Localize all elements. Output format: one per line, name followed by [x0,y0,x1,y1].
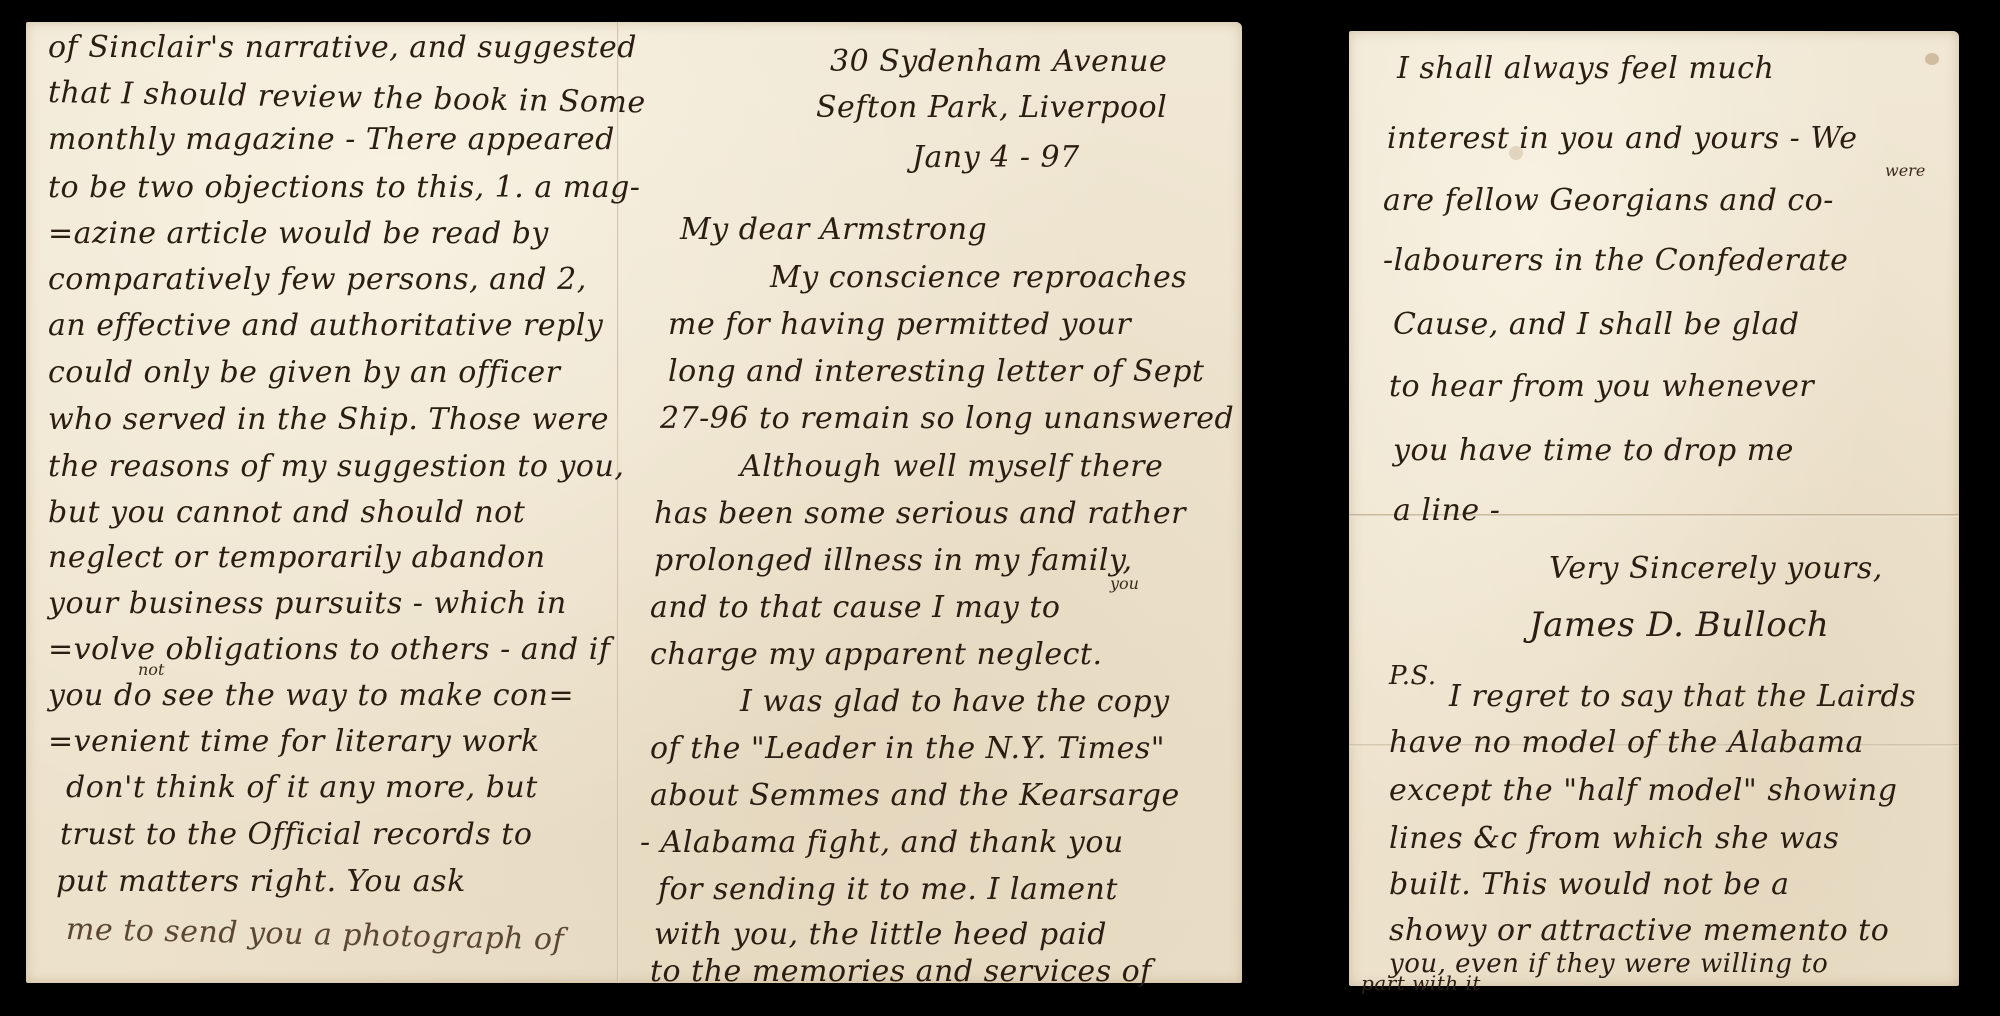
text-line: monthly magazine - There appeared [48,122,615,157]
text-line: My conscience reproaches [770,260,1187,295]
text-line: could only be given by an officer [48,355,561,390]
address-line-1: 30 Sydenham Avenue [830,44,1167,79]
letter-date: Jany 4 - 97 [912,140,1080,175]
text-line: - Alabama fight, and thank you [640,825,1124,860]
text-line: your business pursuits - which in [48,586,567,621]
text-line: has been some serious and rather [654,496,1186,531]
text-line: about Semmes and the Kearsarge [650,778,1180,813]
text-line: a line - [1393,493,1500,528]
text-line: for sending it to me. I lament [658,872,1118,907]
text-line: trust to the Official records to [60,817,532,852]
text-line: but you cannot and should not [48,495,525,530]
text-line: I was glad to have the copy [740,684,1170,719]
text-line: interest in you and yours - We [1387,121,1858,156]
text-line: me for having permitted your [668,307,1131,342]
text-line: me to send you a photograph of [66,912,565,957]
address-line-2: Sefton Park, Liverpool [816,90,1167,125]
text-line: Although well myself there [740,449,1163,484]
salutation: My dear Armstrong [680,212,987,247]
text-line: long and interesting letter of Sept [668,354,1204,389]
text-line: with you, the little heed paid [654,917,1107,952]
letter-page-right: 30 Sydenham Avenue Sefton Park, Liverpoo… [620,22,1242,983]
text-line: put matters right. You ask [56,864,466,899]
text-line: I regret to say that the Lairds [1449,679,1916,714]
interlinear-insertion: you [1110,574,1139,593]
ink-stain [1925,53,1939,65]
text-line: prolonged illness in my family, [654,543,1132,578]
interlinear-insertion: not [138,660,164,679]
text-line: that I should review the book in Some [48,75,646,120]
text-line: except the "half model" showing [1389,773,1897,808]
text-line: you have time to drop me [1393,433,1794,468]
postscript-label: P.S. [1389,661,1437,691]
closing-line: Very Sincerely yours, [1549,551,1883,586]
text-line: =azine article would be read by [48,216,549,251]
text-line: showy or attractive memento to [1389,913,1889,948]
text-line: neglect or temporarily abandon [48,540,546,575]
text-line: who served in the Ship. Those were [48,402,609,437]
text-line: =volve obligations to others - and if [48,632,610,667]
text-line: you do see the way to make con= [48,678,574,713]
text-line: of Sinclair's narrative, and suggested [48,30,637,65]
text-line: have no model of the Alabama [1389,725,1864,760]
text-line: comparatively few persons, and 2, [48,262,587,297]
letter-page-left: of Sinclair's narrative, and suggested t… [26,22,616,983]
text-line: and to that cause I may to [650,590,1060,625]
text-line: 27-96 to remain so long unanswered [660,401,1234,436]
text-line: of the "Leader in the N.Y. Times" [650,731,1165,766]
text-line: charge my apparent neglect. [650,637,1102,672]
text-line: lines &c from which she was [1389,821,1839,856]
letter-sheet-right: I shall always feel much interest in you… [1349,31,1959,986]
text-line: I shall always feel much [1397,51,1774,86]
text-line: -labourers in the Confederate [1383,243,1848,278]
signature: James D. Bulloch [1529,605,1829,645]
text-line: Cause, and I shall be glad [1393,307,1799,342]
interlinear-insertion: were [1885,161,1925,180]
text-line: are fellow Georgians and co- [1383,183,1834,218]
center-fold-line [617,22,619,983]
text-line: part with it [1361,971,1481,995]
text-line: built. This would not be a [1389,867,1789,902]
letter-sheet-left: of Sinclair's narrative, and suggested t… [26,22,1242,983]
text-line: the reasons of my suggestion to you, [48,449,624,484]
text-line: don't think of it any more, but [66,770,538,805]
text-line: to hear from you whenever [1389,369,1814,404]
text-line: to be two objections to this, 1. a mag- [48,170,640,205]
text-line: =venient time for literary work [48,724,540,759]
text-line: to the memories and services of [650,954,1152,989]
text-line: an effective and authoritative reply [48,308,603,343]
